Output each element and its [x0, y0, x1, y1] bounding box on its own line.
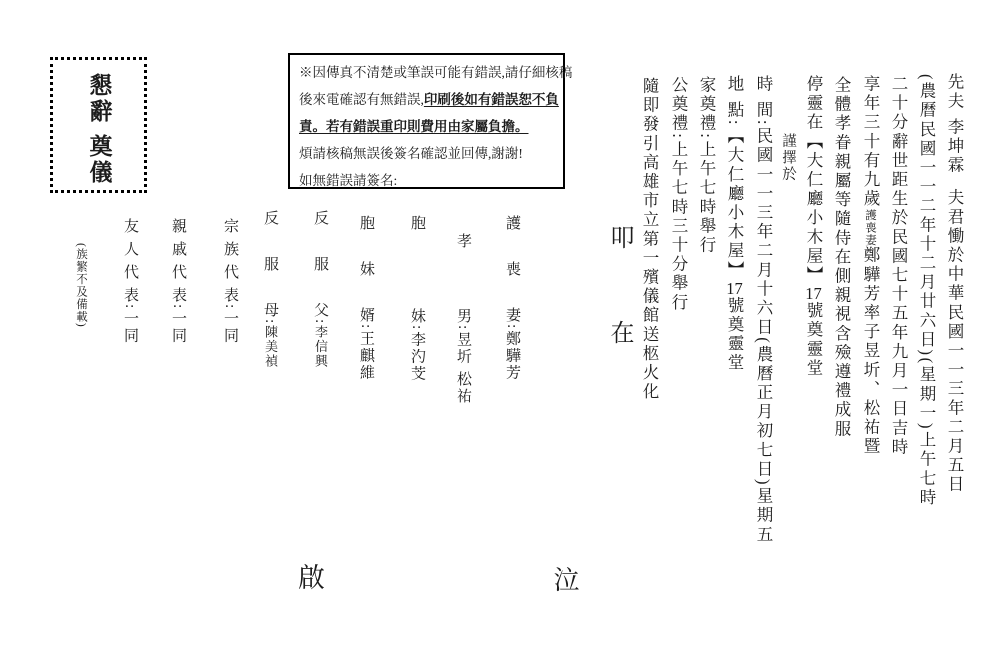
mourner-name: 鄭驊芳 — [504, 330, 520, 381]
announce-character: 啟 — [296, 563, 322, 590]
obituary-notice-page: 懇辭 奠儀 ※因傳真不清楚或筆誤可能有錯誤,請仔細核稿 後來電確認有無錯誤,印刷… — [0, 0, 996, 646]
obituary-column-public-rite: 公奠禮:上午七時三十分舉行 — [668, 76, 689, 312]
notice-line-2-bold: 印刷後如有錯誤恕不負 — [424, 92, 559, 107]
family-names-text: 鄭驊芳率子昱圻、松祐暨 — [861, 246, 880, 456]
notice-line-1: ※因傳真不清楚或筆誤可能有錯誤,請仔細核稿 — [299, 59, 555, 86]
obituary-column-cremation: 隨即發引高雄市立第一殯儀館送柩火化 — [639, 77, 660, 402]
mourner-name: 一同 — [122, 310, 138, 344]
obituary-column-deceased: 先夫 李坤霖 夫君慟於中華民國一一三年二月五日 — [944, 73, 965, 494]
mourner-name: 陳美禎 — [263, 325, 278, 369]
age-text: 享年三十有九歲 — [861, 75, 880, 209]
mourner-name: 一同 — [170, 310, 186, 344]
mourner-label: 親戚代表 — [170, 218, 186, 310]
obituary-column-age-family: 享年三十有九歲護喪妻鄭驊芳率子昱圻、松祐暨 — [859, 75, 881, 456]
obituary-column-passing: 二十分辭世距生於民國七十五年九月一日吉時 — [888, 75, 909, 457]
mourner-name: 一同 — [222, 310, 238, 344]
clan-abbreviation-note: (族繁不及備載) — [74, 243, 88, 328]
obituary-column-place: 地 點:【大仁廳小木屋】17號奠靈堂 — [724, 75, 745, 373]
notice-line-2: 後來電確認有無錯誤,印刷後如有錯誤恕不負 — [299, 86, 555, 113]
mourner-name: 王麒維 — [358, 330, 374, 381]
mourner-entry-sister-husband: 胞妹婿:王麒維 — [356, 215, 375, 381]
decline-gifts-text: 懇辭 奠儀 — [82, 73, 116, 186]
obituary-column-lunar-date: (農曆民國一一二年十二月廿六日)(星期一)上午七時 — [916, 74, 937, 507]
obituary-column-rites: 全體孝眷親屬等隨侍在側親視含殮遵禮成服 — [831, 76, 852, 439]
chief-mourner-label: 護喪妻 — [864, 209, 876, 247]
mourner-entry-mother: 反服母:陳美禎 — [260, 210, 280, 369]
obituary-column-chosen-on: 謹擇於 — [777, 133, 798, 183]
mourner-entry-clan-reps: 宗族代表:一同 — [220, 218, 239, 344]
weeping-character: 泣 — [551, 566, 577, 592]
kowtow-character: 叩 — [606, 225, 632, 249]
notice-line-3: 責。若有錯誤重印則費用由家屬負擔。 — [299, 113, 555, 140]
notice-line-2-normal: 後來電確認有無錯誤, — [299, 92, 424, 107]
mourner-label: 宗族代表 — [222, 218, 238, 310]
mourner-entry-relative-reps: 親戚代表:一同 — [168, 218, 187, 344]
mourner-label: 友人代表 — [122, 218, 138, 310]
notice-line-4: 煩請核稿無誤後簽名確認並回傳,謝謝! — [299, 140, 555, 167]
obituary-column-family-rite: 家奠禮:上午七時舉行 — [696, 76, 717, 255]
mourner-entry-sister: 胞妹:李汋芠 — [407, 215, 426, 382]
mourner-name: 昱圻 松祐 — [455, 331, 471, 405]
obituary-column-repose-hall: 停靈在【大仁廳小木屋】17號奠靈堂 — [803, 75, 824, 378]
mourner-entry-friend-reps: 友人代表:一同 — [120, 218, 139, 344]
mourner-entry-wife: 護喪妻:鄭驊芳 — [502, 215, 521, 381]
repose-hall-text: 停靈在【大仁廳小木屋】 — [804, 75, 823, 285]
repose-hall-suffix: 號奠靈堂 — [804, 302, 823, 378]
decline-gifts-box: 懇辭 奠儀 — [50, 57, 147, 193]
fax-proof-notice-box: ※因傳真不清楚或筆誤可能有錯誤,請仔細核稿 後來電確認有無錯誤,印刷後如有錯誤恕… — [288, 53, 565, 189]
zai-character: 在 — [606, 320, 632, 344]
mourner-name: 李汋芠 — [409, 331, 425, 382]
place-number: 17 — [725, 280, 744, 297]
mourner-entry-father: 反服父:李信興 — [310, 210, 330, 369]
repose-hall-number: 17 — [804, 285, 823, 302]
place-suffix: 號奠靈堂 — [725, 296, 744, 372]
obituary-column-time: 時 間:民國一一三年二月十六日(農曆正月初七日)星期五 — [753, 75, 774, 544]
notice-line-3-bold: 責。若有錯誤重印則費用由家屬負擔。 — [299, 119, 529, 134]
place-text: 地 點:【大仁廳小木屋】 — [725, 75, 744, 280]
mourner-name: 李信興 — [313, 325, 328, 369]
notice-line-5-signature-prompt: 如無錯誤請簽名: — [299, 167, 555, 194]
mourner-entry-sons: 孝男:昱圻 松祐 — [453, 233, 472, 405]
